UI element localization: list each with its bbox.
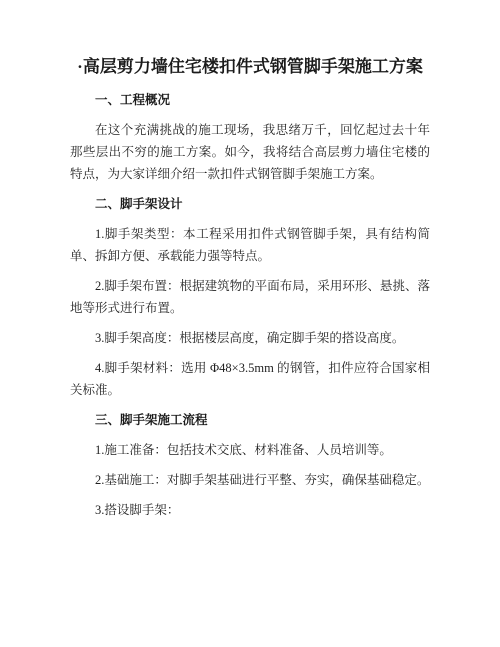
paragraph: 3.搭设脚手架： — [70, 499, 430, 521]
paragraph: 3.脚手架高度：根据楼层高度，确定脚手架的搭设高度。 — [70, 327, 430, 349]
section-scaffold-design: 二、脚手架设计 1.脚手架类型：本工程采用扣件式钢管脚手架，具有结构简单、拆卸方… — [70, 193, 430, 401]
paragraph: 在这个充满挑战的施工现场，我思绪万千，回忆起过去十年那些层出不穷的施工方案。如今… — [70, 119, 430, 185]
section-project-overview: 一、工程概况 在这个充满挑战的施工现场，我思绪万千，回忆起过去十年那些层出不穷的… — [70, 89, 430, 185]
paragraph: 2.基础施工：对脚手架基础进行平整、夯实，确保基础稳定。 — [70, 469, 430, 491]
section-heading: 二、脚手架设计 — [70, 193, 430, 215]
section-heading: 三、脚手架施工流程 — [70, 409, 430, 431]
section-heading: 一、工程概况 — [70, 89, 430, 111]
document-page: ·高层剪力墙住宅楼扣件式钢管脚手架施工方案 一、工程概况 在这个充满挑战的施工现… — [0, 0, 500, 647]
paragraph: 1.施工准备：包括技术交底、材料准备、人员培训等。 — [70, 439, 430, 461]
section-construction-process: 三、脚手架施工流程 1.施工准备：包括技术交底、材料准备、人员培训等。 2.基础… — [70, 409, 430, 521]
document-body: ·高层剪力墙住宅楼扣件式钢管脚手架施工方案 一、工程概况 在这个充满挑战的施工现… — [0, 0, 500, 521]
paragraph: 4.脚手架材料：选用 Φ48×3.5mm 的钢管，扣件应符合国家相关标准。 — [70, 357, 430, 401]
doc-title: ·高层剪力墙住宅楼扣件式钢管脚手架施工方案 — [70, 52, 430, 81]
paragraph: 1.脚手架类型：本工程采用扣件式钢管脚手架，具有结构简单、拆卸方便、承载能力强等… — [70, 223, 430, 267]
paragraph: 2.脚手架布置：根据建筑物的平面布局，采用环形、悬挑、落地等形式进行布置。 — [70, 275, 430, 319]
